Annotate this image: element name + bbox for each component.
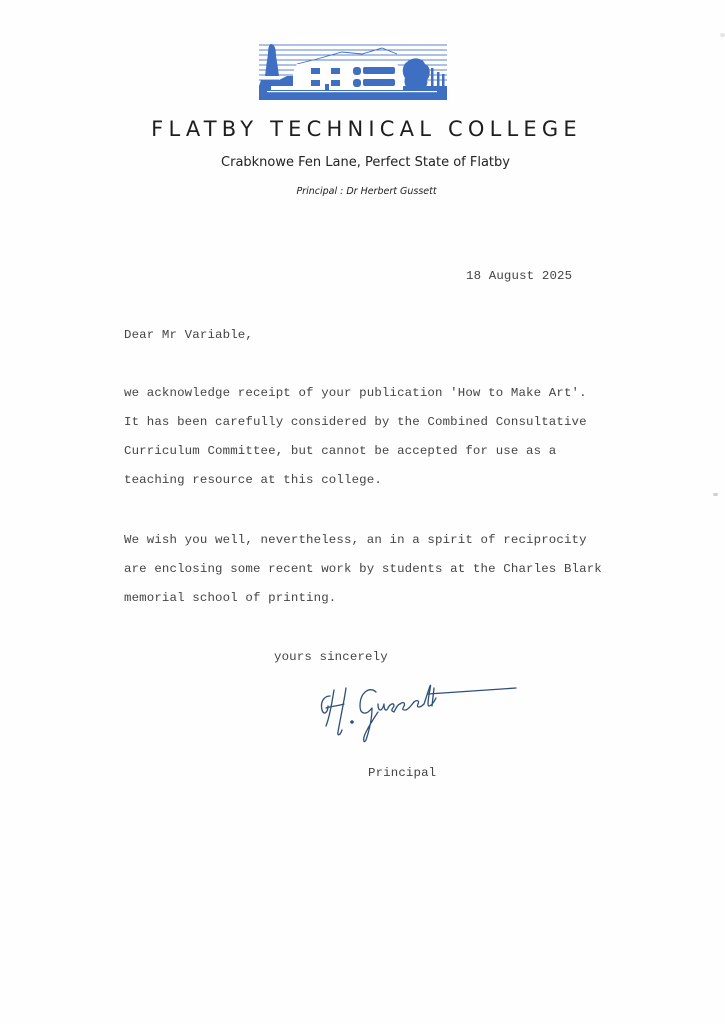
salutation: Dear Mr Variable, xyxy=(124,328,253,342)
signatory-title: Principal xyxy=(368,766,436,780)
signature xyxy=(316,682,521,744)
punch-hole-mark xyxy=(720,33,725,37)
paragraph-line: We wish you well, nevertheless, an in a … xyxy=(124,532,602,561)
paragraph-line: It has been carefully considered by the … xyxy=(124,414,587,443)
paragraph-2: We wish you well, nevertheless, an in a … xyxy=(124,532,602,619)
paragraph-1: we acknowledge receipt of your publicati… xyxy=(124,385,587,501)
punch-hole-mark xyxy=(713,493,718,496)
paragraph-line: are enclosing some recent work by studen… xyxy=(124,561,602,590)
letter-page: FLATBY TECHNICAL COLLEGE Crabknowe Fen L… xyxy=(0,0,725,1024)
paragraph-line: Curriculum Committee, but cannot be acce… xyxy=(124,443,587,472)
paragraph-line: teaching resource at this college. xyxy=(124,472,587,501)
paragraph-line: we acknowledge receipt of your publicati… xyxy=(124,385,587,414)
principal-line: Principal : Dr Herbert Gussett xyxy=(0,186,725,197)
letter-date: 18 August 2025 xyxy=(466,269,572,283)
college-address: Crabknowe Fen Lane, Perfect State of Fla… xyxy=(0,155,725,170)
paragraph-line: memorial school of printing. xyxy=(124,590,602,619)
college-name: FLATBY TECHNICAL COLLEGE xyxy=(0,117,725,141)
closing: yours sincerely xyxy=(274,650,388,664)
college-building-logo-icon xyxy=(257,42,449,102)
